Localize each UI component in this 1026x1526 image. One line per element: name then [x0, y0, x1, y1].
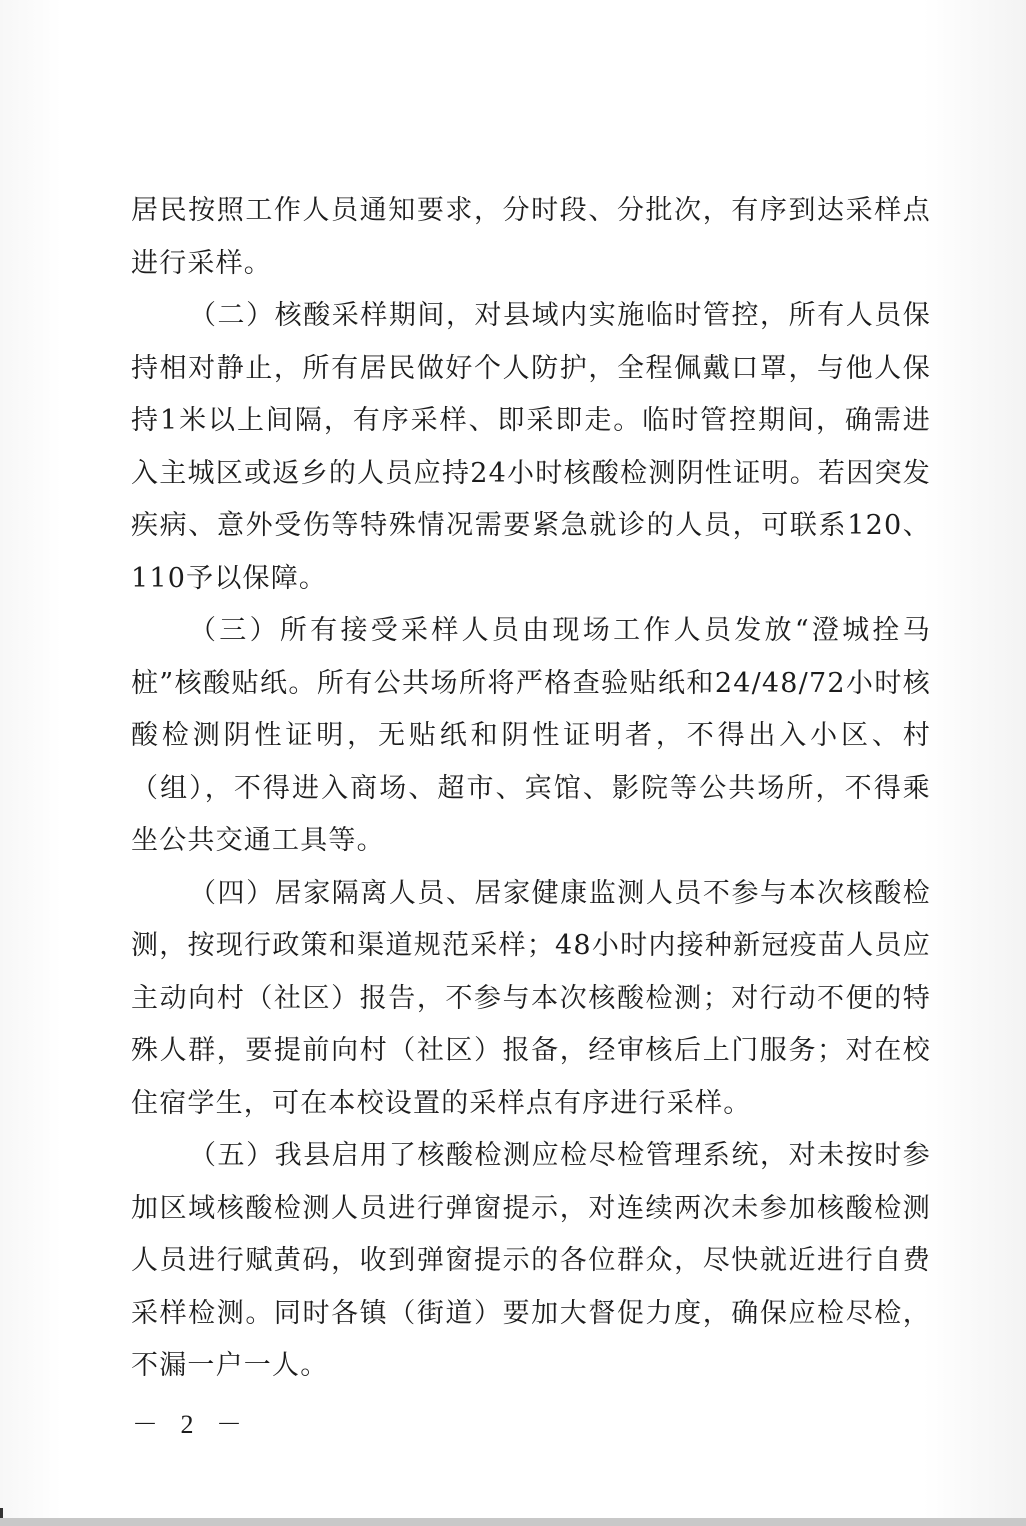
paragraph-continuation: 居民按照工作人员通知要求，分时段、分批次，有序到达采样点进行采样。	[131, 185, 931, 290]
paragraph-item-2: （二）核酸采样期间，对县域内实施临时管控，所有人员保持相对静止，所有居民做好个人…	[131, 290, 931, 605]
paragraph-item-4: （四）居家隔离人员、居家健康监测人员不参与本次核酸检测，按现行政策和渠道规范采样…	[131, 868, 931, 1131]
paragraph-item-3: （三）所有接受采样人员由现场工作人员发放“澄城拴马桩”核酸贴纸。所有公共场所将严…	[131, 605, 931, 868]
page-bottom-edge	[0, 1518, 1026, 1526]
paragraph-item-5: （五）我县启用了核酸检测应检尽检管理系统，对未按时参加区域核酸检测人员进行弹窗提…	[131, 1130, 931, 1393]
scan-edge-mark	[0, 1508, 3, 1518]
document-body: 居民按照工作人员通知要求，分时段、分批次，有序到达采样点进行采样。 （二）核酸采…	[131, 185, 931, 1393]
page-number: － 2 －	[132, 1404, 250, 1441]
document-page: 居民按照工作人员通知要求，分时段、分批次，有序到达采样点进行采样。 （二）核酸采…	[0, 0, 1026, 1526]
